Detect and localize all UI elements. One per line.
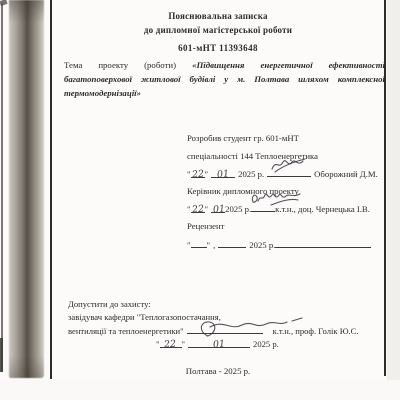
quote-mark: " [182,339,186,349]
topic-prefix: Тема проекту (роботи) [64,60,176,70]
scan-right-gutter [387,0,400,400]
comma-mark: , [213,240,215,250]
handwritten-day: 22 [191,206,204,215]
admission-line-2: завідувач кафедри "Теплогазопостачання, [68,312,385,322]
supervisor-name: к.т.н., доц. Чернецька І.В. [275,204,370,214]
handwritten-day: 22 [164,340,177,349]
binding-shadow-strip [9,0,44,378]
handwritten-month: 01 [213,340,226,349]
reviewer-date-line: "",2025 р. [187,239,387,250]
quote-mark: " [207,240,211,250]
admission-date-line: "22"012025 р. [156,339,385,349]
reviewer-label: Рецензент [187,221,387,232]
head-of-department-name: к.т.н., проф. Голік Ю.С. [273,326,359,336]
title-line-1: Пояснювальна записка [52,9,384,23]
handwritten-day: 22 [191,171,204,180]
scan-edge-line [1,3,3,372]
project-topic: Тема проекту (роботи) «Підвищення енерге… [64,59,385,100]
year-label: 2025 р. [249,240,275,250]
developer-date-signature-line: "22"012025 р.Оборожний Д.М. [187,168,387,179]
developer-line-2: спеціальності 144 Теплоенергетика [187,151,387,162]
quote-mark: " [205,169,209,179]
year-label: 2025 р. [253,339,279,349]
year-label: 2025 р. [225,204,251,214]
admission-line-1: Допустити до захисту: [68,299,385,309]
page-frame-left-border [50,0,52,379]
supervisor-label: Керівник дипломного проекту [187,186,387,197]
handwritten-month: 01 [213,206,226,215]
scan-bottom-gutter [0,380,400,400]
year-label: 2025 р. [238,169,264,179]
developer-name: Оборожний Д.М. [314,169,378,179]
handwritten-month: 01 [217,171,230,180]
signatures-block: Розробив студент гр. 601-мНТ спеціальнос… [187,133,387,256]
developer-line-1: Розробив студент гр. 601-мНТ [187,133,387,144]
department-text-2: вентиляції та теплоенергетики" [68,326,184,336]
supervisor-date-signature-line: "22"012025 р.к.т.н., доц. Чернецька І.В. [187,203,387,214]
quote-mark: " [205,204,209,214]
admission-block: Допустити до захисту: завідувач кафедри … [68,299,385,352]
scan-edge-line-dark [0,338,3,372]
admission-line-3: вентиляції та теплоенергетики"к.т.н., пр… [68,325,385,335]
city-year-footer: Полтава - 2025 р. [52,366,384,376]
department-text-1: завідувач кафедри "Теплогазопостачання, [68,312,221,322]
title-line-2: до дипломної магістерської роботи [52,23,384,37]
document-title: Пояснювальна записка до дипломної магіст… [52,9,384,37]
group-code: 601-мНТ 11393648 [52,43,384,53]
scanned-page: Пояснювальна записка до дипломної магіст… [0,0,400,400]
